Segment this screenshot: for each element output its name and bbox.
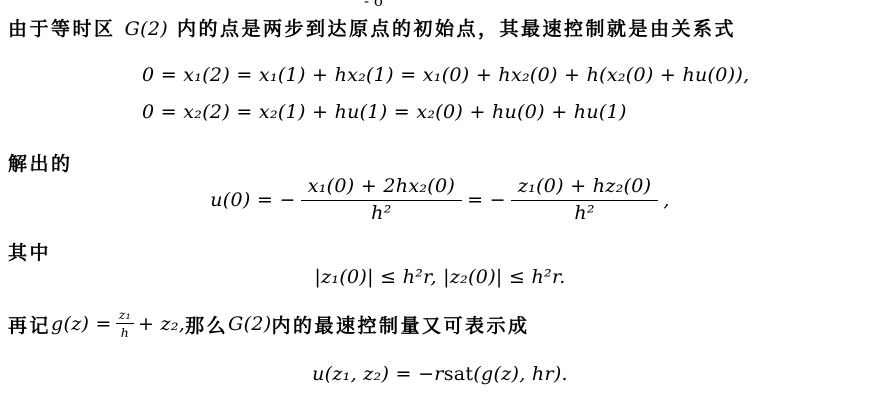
math-run: 0 = x₁(2) = x₁(1) + hx₂(1) = x₁(0) + hx₂… (142, 64, 749, 86)
equation-u-sat: u(z₁, z₂) = −rsat(g(z), hr). (0, 358, 880, 390)
math-run: h² (574, 202, 594, 224)
book-page: - o 由于等时区 G(2) 内的点是两步到达原点的初始点，其最速控制就是由关系… (0, 0, 880, 396)
math-run: G(2) (125, 18, 168, 40)
math-run: h² (371, 202, 391, 224)
fraction-numerator: z₁ (116, 307, 134, 324)
fraction-denominator: h (121, 324, 129, 341)
math-run: , (663, 189, 669, 211)
math-run: sat (444, 363, 474, 385)
text-run: 那么 (185, 311, 228, 338)
math-run: u(0) = − (210, 189, 295, 211)
text-run: 内的点是两步到达原点的初始点，其最速控制就是由关系式 (168, 18, 736, 40)
math-run: h (121, 325, 129, 340)
text-run: 由于等时区 (8, 18, 125, 40)
math-run: u(z₁, z₂) = −r (312, 363, 444, 385)
equation-u0: u(0) = −x₁(0) + 2hx₂(0)h² = −z₁(0) + hz₂… (0, 172, 880, 228)
equation-x1-line: 0 = x₁(2) = x₁(1) + hx₂(1) = x₁(0) + hx₂… (142, 56, 749, 93)
fraction-denominator: h² (574, 201, 594, 225)
equation-block-system: 0 = x₁(2) = x₁(1) + hx₂(1) = x₁(0) + hx₂… (142, 56, 749, 130)
equation-x2-line: 0 = x₂(2) = x₂(1) + hu(1) = x₂(0) + hu(0… (142, 93, 749, 130)
text-run: 内的最速控制量又可表示成 (271, 311, 529, 338)
fraction-numerator: x₁(0) + 2hx₂(0) (301, 175, 462, 201)
paragraph-intro: 由于等时区 G(2) 内的点是两步到达原点的初始点，其最速控制就是由关系式 (8, 14, 736, 41)
equation-z-bounds: |z₁(0)| ≤ h²r, |z₂(0)| ≤ h²r. (0, 262, 880, 292)
math-run: + z₂, (138, 313, 185, 335)
math-run: = − (467, 189, 506, 211)
math-run: z₁(0) + hz₂(0) (518, 175, 652, 197)
text-run: 再记 (8, 311, 51, 338)
fraction-numerator: z₁(0) + hz₂(0) (511, 175, 659, 201)
math-run: 0 = x₂(2) = x₂(1) + hu(1) = x₂(0) + hu(0… (142, 101, 627, 123)
fraction: x₁(0) + 2hx₂(0)h² (301, 175, 462, 225)
math-run: |z₁(0)| ≤ h²r, |z₂(0)| ≤ h²r. (314, 266, 565, 288)
math-run: G(2) (228, 313, 271, 335)
fraction: z₁(0) + hz₂(0)h² (511, 175, 659, 225)
paragraph-g-definition: 再记 g(z) = z₁h + z₂, 那么 G(2) 内的最速控制量又可表示成 (8, 304, 529, 344)
math-run: z₁ (119, 307, 131, 322)
fraction: z₁h (116, 307, 134, 341)
math-run: (g(z), hr). (473, 363, 568, 385)
fraction-denominator: h² (371, 201, 391, 225)
label-where: 其中 (8, 238, 51, 265)
math-run: x₁(0) + 2hx₂(0) (308, 175, 455, 197)
cropped-text-fragment: - o (364, 0, 383, 10)
math-run: g(z) = (51, 313, 112, 335)
